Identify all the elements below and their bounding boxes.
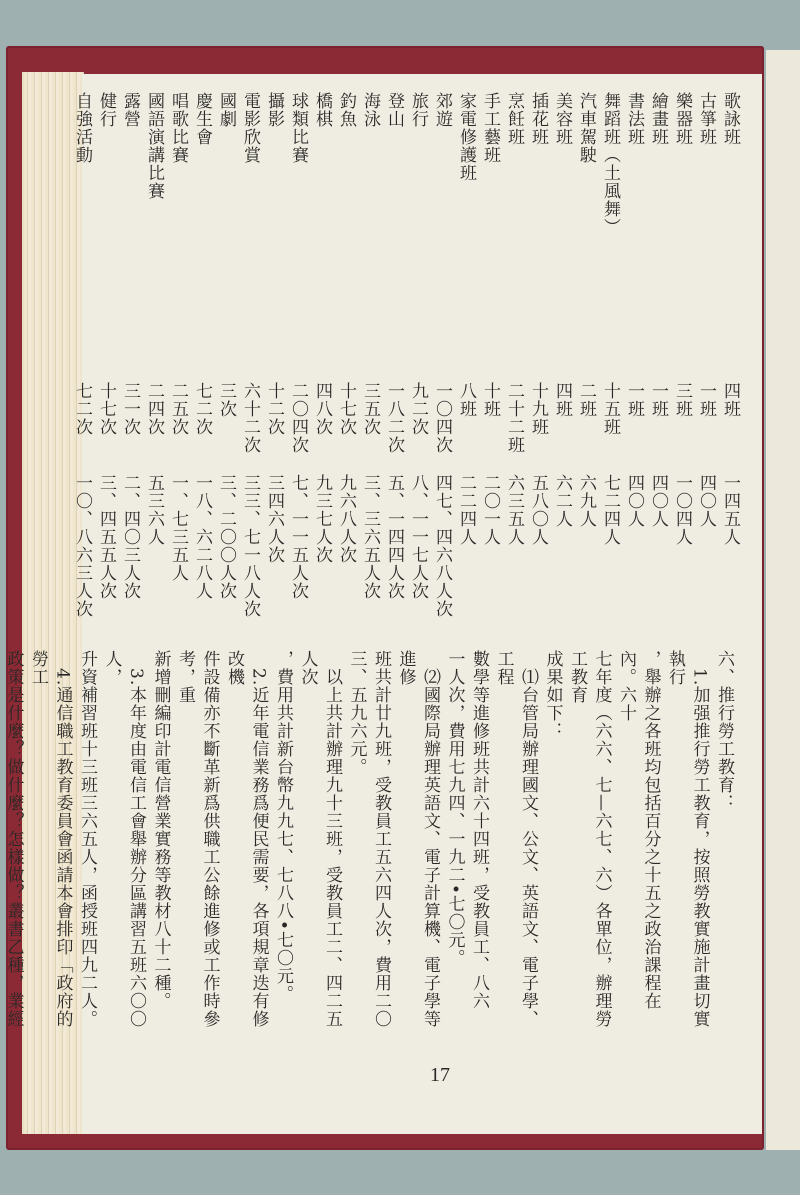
- activity-name: 健行: [94, 92, 118, 372]
- activity-participants: 五八〇人: [526, 474, 550, 618]
- activity-count: 一八二次: [382, 382, 406, 454]
- activity-participants: 二、四〇三人次: [118, 474, 142, 618]
- activity-count: 二四次: [142, 382, 166, 454]
- activity-names-column: 歌詠班 古箏班 樂器班 繪畫班 書法班 舞蹈班（土風舞） 汽車駕駛 美容班 插花…: [70, 92, 742, 372]
- activity-name: 電影欣賞: [238, 92, 262, 372]
- activity-name: 海泳: [358, 92, 382, 372]
- activity-count: 四班: [550, 382, 574, 454]
- activity-name: 橋棋: [310, 92, 334, 372]
- activity-participants: 六二人: [550, 474, 574, 618]
- activity-count: 七二次: [190, 382, 214, 454]
- activity-participants: 二〇一人: [478, 474, 502, 618]
- text-line: 一人次，費用七九四、一九二•七〇元。: [442, 650, 467, 1035]
- activity-count: 一班: [622, 382, 646, 454]
- text-line: 以上共計辦理九十三班，受教員工二、四二五人次: [295, 650, 344, 1035]
- activity-name: 書法班: [622, 92, 646, 372]
- activity-name: 烹飪班: [502, 92, 526, 372]
- activity-name: 攝影: [262, 92, 286, 372]
- activity-count: 十九班: [526, 382, 550, 454]
- activity-participants: 三、三六五人次: [358, 474, 382, 618]
- text-line: 數學等進修班共計六十四班，受教員工、八六: [467, 650, 492, 1035]
- activity-counts-column: 四班 一班 三班 一班 一班 十五班 二班 四班 十九班 二十二班 十班 八班 …: [70, 382, 742, 454]
- activity-participants: 五、一四四人次: [382, 474, 406, 618]
- activity-participants: 四七、四六八人次: [430, 474, 454, 618]
- text-line: 新增刪編印計電信營業實務等教材八十二種。: [148, 650, 173, 1035]
- activity-participants: 五三六人: [142, 474, 166, 618]
- text-line: 七年度（六六、七—六七、六）各單位，辦理勞工教育: [565, 650, 614, 1035]
- activity-participants: 三、四五五人次: [94, 474, 118, 618]
- activity-name: 自強活動: [70, 92, 94, 372]
- activity-name: 樂器班: [670, 92, 694, 372]
- section-heading: 六、推行勞工教育：: [712, 650, 737, 1035]
- activity-participants: 四〇人: [694, 474, 718, 618]
- activity-name: 手工藝班: [478, 92, 502, 372]
- activity-participants: 七、一一五人次: [286, 474, 310, 618]
- activity-count: 一班: [694, 382, 718, 454]
- facing-page-edge: [766, 50, 800, 1150]
- activity-count: 一〇四次: [430, 382, 454, 454]
- activity-participants: 七二四人: [598, 474, 622, 618]
- activity-count: 十五班: [598, 382, 622, 454]
- text-line: 政策是什麼？做什麼？怎樣做？叢書乙種，業經本會印: [0, 650, 26, 1035]
- activity-name: 歌詠班: [718, 92, 742, 372]
- activity-participants-column: 一四五人 四〇人 一〇四人 四〇人 四〇人 七二四人 六九人 六二人 五八〇人 …: [70, 474, 742, 618]
- activity-count: 四八次: [310, 382, 334, 454]
- text-line: ，費用共計新台幣九九七、七八八•七〇元。: [271, 650, 296, 1035]
- activity-participants: 六九人: [574, 474, 598, 618]
- text-line: 三、五九六元。: [344, 650, 369, 1035]
- activity-participants: 三四六人次: [262, 474, 286, 618]
- activity-name: 登山: [382, 92, 406, 372]
- text-line: ⑵國際局辦理英語文、電子計算機、電子學等進修: [393, 650, 442, 1035]
- activity-participants: 一四五人: [718, 474, 742, 618]
- activity-count: 十七次: [334, 382, 358, 454]
- activity-participants: 一八、六二八人: [190, 474, 214, 618]
- activity-count: 九二次: [406, 382, 430, 454]
- activity-count: 六十二次: [238, 382, 262, 454]
- activity-count: 三五次: [358, 382, 382, 454]
- activity-name: 釣魚: [334, 92, 358, 372]
- activity-name: 繪畫班: [646, 92, 670, 372]
- activity-name: 露營: [118, 92, 142, 372]
- activity-count: 十二次: [262, 382, 286, 454]
- activity-count: 十班: [478, 382, 502, 454]
- activity-name: 插花班: [526, 92, 550, 372]
- activity-participants: 九三七人次: [310, 474, 334, 618]
- activity-name: 郊遊: [430, 92, 454, 372]
- activity-count: 三班: [670, 382, 694, 454]
- activity-count: 二〇四次: [286, 382, 310, 454]
- activity-name: 慶生會: [190, 92, 214, 372]
- text-line: ⑴台管局辦理國文、公文、英語文、電子學、工程: [491, 650, 540, 1035]
- activity-name: 唱歌比賽: [166, 92, 190, 372]
- activity-participants: 八、一一七人次: [406, 474, 430, 618]
- activity-count: 四班: [718, 382, 742, 454]
- activity-name: 古箏班: [694, 92, 718, 372]
- text-line: ，舉辦之各班均包括百分之十五之政治課程在內。六十: [614, 650, 663, 1035]
- activity-count: 一班: [646, 382, 670, 454]
- activity-count: 三一次: [118, 382, 142, 454]
- activity-count: 二五次: [166, 382, 190, 454]
- activity-participants: 一、七三五人: [166, 474, 190, 618]
- book-page: 歌詠班 古箏班 樂器班 繪畫班 書法班 舞蹈班（土風舞） 汽車駕駛 美容班 插花…: [82, 74, 762, 1134]
- activity-participants: 九六八人次: [334, 474, 358, 618]
- activity-name: 家電修護班: [454, 92, 478, 372]
- activity-count: 八班: [454, 382, 478, 454]
- body-text: 六、推行勞工教育： 1.加强推行勞工教育，按照勞教實施計畫切實執行 ，舉辦之各班…: [0, 650, 736, 1035]
- activity-name: 旅行: [406, 92, 430, 372]
- activity-participants: 一〇、八六三人次: [70, 474, 94, 618]
- text-line: 班共計廿九班，受教員工五六四人次，費用二〇: [369, 650, 394, 1035]
- activity-count: 二十二班: [502, 382, 526, 454]
- text-line: 4.通信職工教育委員會函請本會排印「政府的勞工: [26, 650, 75, 1035]
- activity-count: 七二次: [70, 382, 94, 454]
- activity-participants: 三三、七一八人次: [238, 474, 262, 618]
- text-line: 3.本年度由電信工會舉辦分區講習五班六〇〇人，: [99, 650, 148, 1035]
- activity-name: 國語演講比賽: [142, 92, 166, 372]
- activity-name: 國劇: [214, 92, 238, 372]
- text-line: 1.加强推行勞工教育，按照勞教實施計畫切實執行: [663, 650, 712, 1035]
- activity-participants: 四〇人: [622, 474, 646, 618]
- text-line: 件設備亦不斷革新爲供職工公餘進修或工作時參考，重: [173, 650, 222, 1035]
- text-line: 2.近年電信業務爲便民需要，各項規章迭有修改機: [222, 650, 271, 1035]
- activity-count: 三次: [214, 382, 238, 454]
- text-line: 成果如下：: [540, 650, 565, 1035]
- activity-participants: 二二四人: [454, 474, 478, 618]
- activity-count: 十七次: [94, 382, 118, 454]
- activity-participants: 六三五人: [502, 474, 526, 618]
- activity-participants: 三、二〇〇人次: [214, 474, 238, 618]
- activity-name: 美容班: [550, 92, 574, 372]
- activity-name: 球類比賽: [286, 92, 310, 372]
- activity-name: 舞蹈班（土風舞）: [598, 92, 622, 372]
- text-line: 升資補習班十三班三六五人，函授班四九二人。: [75, 650, 100, 1035]
- activity-participants: 一〇四人: [670, 474, 694, 618]
- activity-participants: 四〇人: [646, 474, 670, 618]
- page-number: 17: [430, 1064, 450, 1087]
- activity-name: 汽車駕駛: [574, 92, 598, 372]
- activity-count: 二班: [574, 382, 598, 454]
